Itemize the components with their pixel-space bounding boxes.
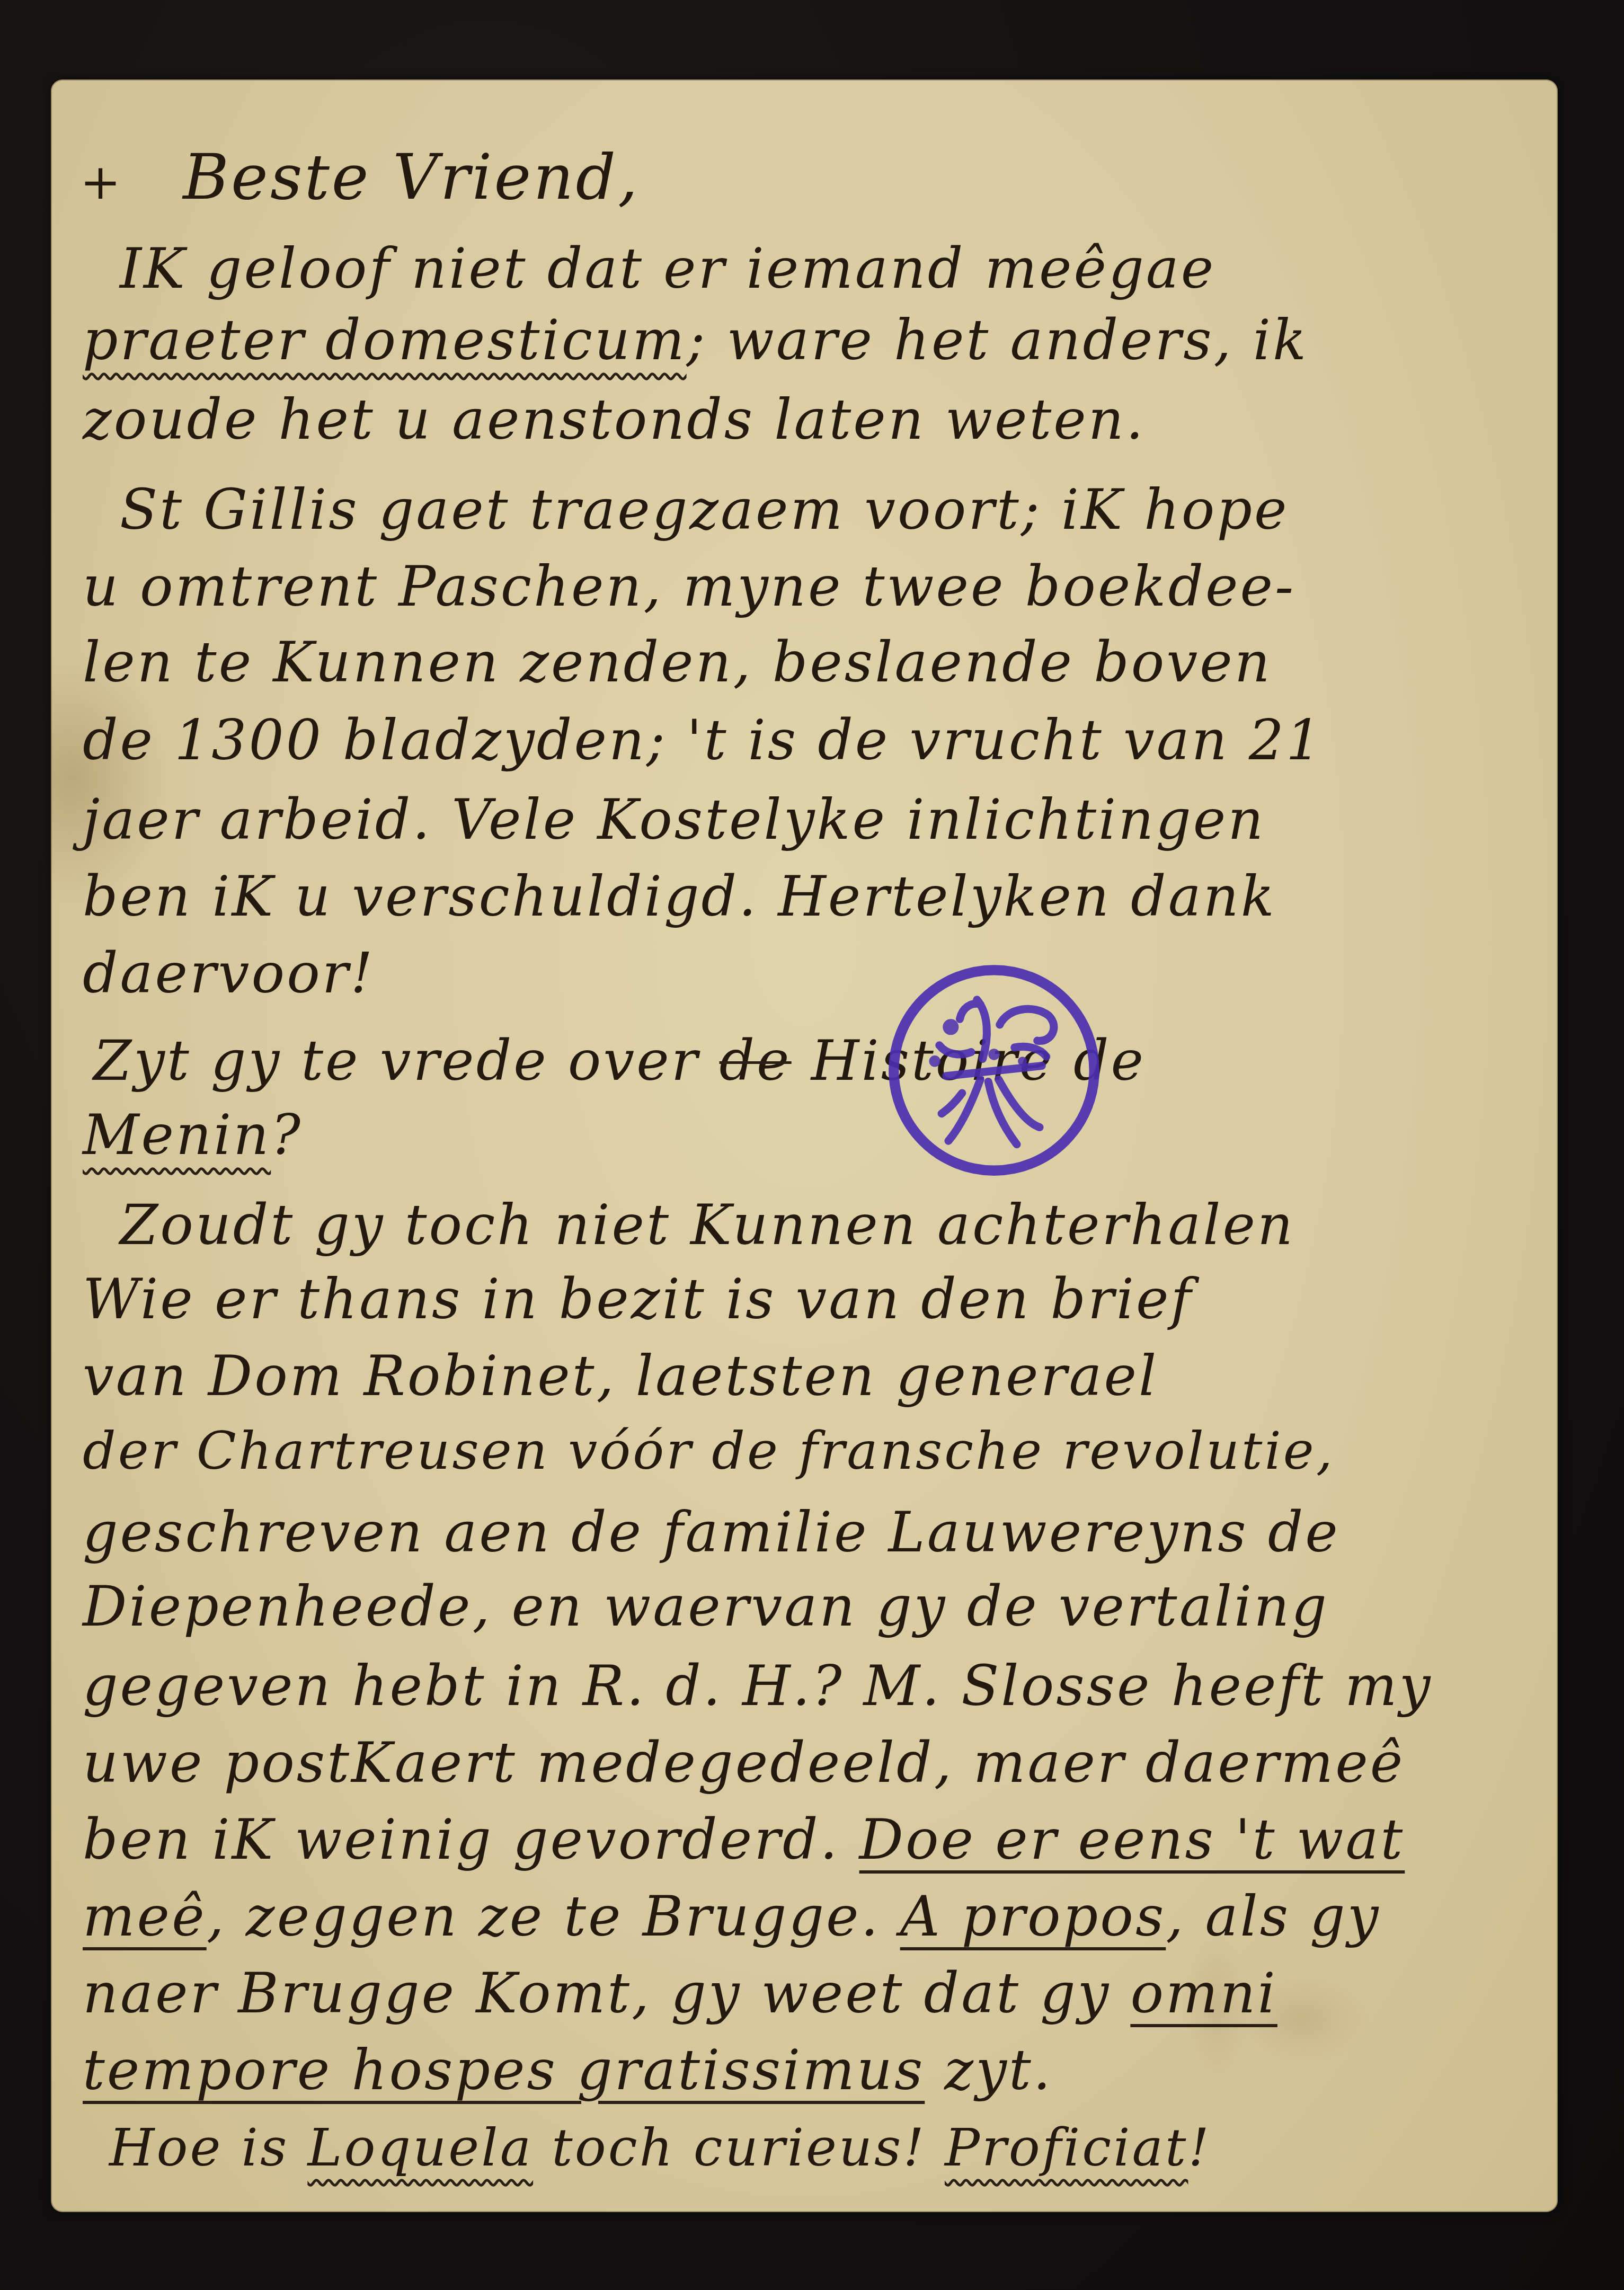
line-text: Zoudt gy toch niet Kunnen achterhalen [120, 1193, 1295, 1257]
text-line-7: de 1300 bladzyden; 't is de vrucht van 2… [83, 713, 1323, 768]
line-text: len te Kunnen zenden, beslaende boven [83, 630, 1272, 695]
fleur-de-lis-icon [880, 956, 1108, 1184]
text-line-15: van Dom Robinet, laetsten generael [83, 1348, 1158, 1404]
salutation-line: + Beste Vriend, [80, 146, 640, 208]
postcard: + Beste Vriend, IK geloof niet dat er ie… [51, 79, 1558, 2212]
idiom-underlined: Doe er eens 't wat [859, 1807, 1405, 1872]
line-text: gegeven hebt in R. d. H.? M. Slosse heef… [83, 1654, 1432, 1718]
line-text: zoude het u aenstonds laten weten. [83, 387, 1146, 452]
line-text: , zeggen ze te Brugge. [207, 1884, 900, 1949]
latin-phrase-underlined: praeter domesticum [83, 308, 687, 372]
text-line-8: jaer arbeid. Vele Kostelyke inlichtingen [83, 792, 1265, 847]
line-text: daervoor! [83, 941, 375, 1006]
text-line-9: ben iK u verschuldigd. Hertelyken dank [83, 869, 1276, 924]
line-text: ! [1188, 2118, 1211, 2178]
line-text: geschreven aen de familie Lauwereyns de [83, 1500, 1340, 1565]
line-text: ben iK u verschuldigd. Hertelyken dank [83, 864, 1276, 929]
fleur-de-lis-stamp [880, 956, 1108, 1184]
line-text: IK geloof niet dat er iemand meêgae [120, 236, 1215, 301]
idiom-underlined-end: meê [83, 1884, 207, 1949]
line-text: naer Brugge Komt, gy weet dat gy [83, 1961, 1130, 2026]
struck-word: de [720, 1028, 792, 1093]
line-text: van Dom Robinet, laetsten generael [83, 1344, 1158, 1408]
line-text: Wie er thans in bezit is van den brief [83, 1267, 1193, 1332]
cross-mark: + [80, 154, 123, 210]
latin-phrase-underlined-end: tempore hospes gratissimus [83, 2038, 925, 2102]
salutation: Beste Vriend, [183, 140, 640, 214]
line-text: ; ware het anders, ik [687, 308, 1308, 372]
text-line-14: Wie er thans in bezit is van den brief [83, 1272, 1193, 1327]
text-line-5: u omtrent Paschen, myne twee boekdee- [83, 559, 1295, 614]
line-text: Zyt gy te vrede over [93, 1028, 720, 1093]
french-phrase-underlined: A propos [900, 1884, 1166, 1949]
text-line-13: Zoudt gy toch niet Kunnen achterhalen [120, 1197, 1295, 1253]
line-text: zyt. [925, 2038, 1052, 2102]
line-text: jaer arbeid. Vele Kostelyke inlichtingen [83, 787, 1265, 852]
text-line-18: Diepenheede, en waervan gy de vertaling [83, 1579, 1329, 1634]
journal-title-underlined: Loquela [307, 2118, 533, 2178]
line-text: ben iK weinig gevorderd. [83, 1807, 859, 1872]
text-line-12: Menin? [83, 1107, 303, 1162]
text-line-2: praeter domesticum; ware het anders, ik [83, 313, 1308, 368]
text-line-21: ben iK weinig gevorderd. Doe er eens 't … [83, 1812, 1405, 1867]
text-line-1: IK geloof niet dat er iemand meêgae [120, 241, 1215, 296]
line-text: ? [271, 1103, 303, 1167]
text-line-10: daervoor! [83, 946, 375, 1001]
line-text: u omtrent Paschen, myne twee boekdee- [83, 554, 1295, 619]
line-text: St Gillis gaet traegzaem voort; iK hope [120, 477, 1289, 542]
line-text: , als gy [1166, 1884, 1380, 1949]
line-text: Diepenheede, en waervan gy de vertaling [83, 1574, 1329, 1639]
text-line-23: naer Brugge Komt, gy weet dat gy omni [83, 1966, 1277, 2021]
text-line-19: gegeven hebt in R. d. H.? M. Slosse heef… [83, 1658, 1432, 1714]
line-text: uwe postKaert medegedeeld, maer daermeê [83, 1730, 1405, 1795]
text-line-20: uwe postKaert medegedeeld, maer daermeê [83, 1735, 1405, 1790]
text-line-4: St Gillis gaet traegzaem voort; iK hope [120, 482, 1289, 537]
place-name-underlined: Menin [83, 1103, 271, 1167]
line-text: toch curieus! [533, 2118, 945, 2178]
text-line-6: len te Kunnen zenden, beslaende boven [83, 635, 1272, 690]
proficiat-underlined: Proficiat [945, 2118, 1188, 2178]
line-text: de 1300 bladzyden; 't is de vrucht van 2… [83, 708, 1323, 773]
text-line-24: tempore hospes gratissimus zyt. [83, 2043, 1053, 2098]
text-line-25: Hoe is Loquela toch curieus! Proficiat! [109, 2122, 1211, 2174]
text-line-3: zoude het u aenstonds laten weten. [83, 392, 1146, 447]
line-text: der Chartreusen vóór de fransche revolut… [83, 1421, 1335, 1481]
text-line-22: meê, zeggen ze te Brugge. A propos, als … [83, 1889, 1380, 1944]
text-line-16: der Chartreusen vóór de fransche revolut… [83, 1425, 1335, 1477]
line-text: Hoe is [109, 2118, 307, 2178]
latin-phrase-underlined-start: omni [1130, 1961, 1277, 2026]
text-line-17: geschreven aen de familie Lauwereyns de [83, 1505, 1340, 1560]
